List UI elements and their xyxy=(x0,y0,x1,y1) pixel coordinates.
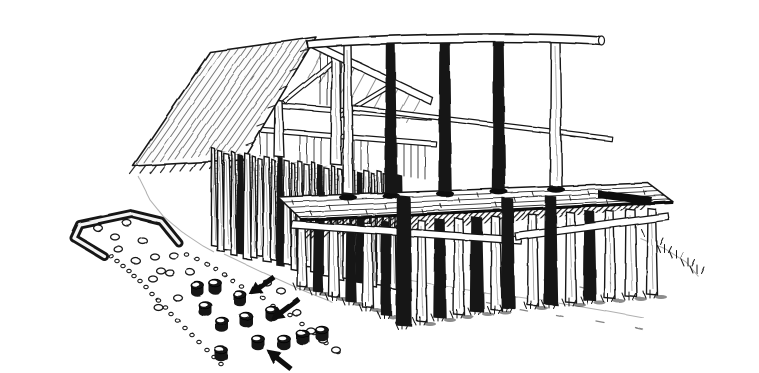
stakehole xyxy=(185,253,189,256)
stakehole xyxy=(138,279,142,282)
stakehole xyxy=(231,279,235,282)
stakehole xyxy=(169,312,173,315)
stakehole xyxy=(144,285,148,288)
stakehole xyxy=(288,313,292,316)
support-post xyxy=(471,217,484,312)
stakehole xyxy=(121,264,125,267)
ridge-post xyxy=(493,41,505,189)
stakehole xyxy=(240,285,244,288)
stakehole xyxy=(214,267,218,270)
stakehole xyxy=(300,322,304,325)
stakehole xyxy=(163,305,167,308)
foreground-post xyxy=(545,196,558,305)
stakehole xyxy=(176,319,180,322)
stakehole xyxy=(156,298,160,301)
foreground-post xyxy=(502,198,515,308)
illustration-canvas: Reconstruction drawing: pile-dwelling lo… xyxy=(0,0,759,373)
stakehole xyxy=(109,254,113,257)
beam-end-grain xyxy=(599,37,605,46)
stakehole xyxy=(190,333,194,336)
stakehole xyxy=(127,269,131,272)
ridge-post xyxy=(439,42,451,191)
stakehole xyxy=(223,273,227,276)
stakehole xyxy=(132,274,136,277)
support-post xyxy=(346,223,356,302)
support-post xyxy=(314,225,323,292)
stakehole xyxy=(115,259,119,262)
stakehole xyxy=(205,348,209,351)
support-post xyxy=(381,222,391,315)
ridge-post xyxy=(386,43,397,193)
stakehole xyxy=(261,296,265,299)
stakehole xyxy=(219,362,223,365)
stakehole xyxy=(195,257,199,260)
foreground-post xyxy=(397,196,412,326)
stakehole xyxy=(197,340,201,343)
stakehole xyxy=(183,326,187,329)
stakehole xyxy=(205,262,209,265)
stakehole xyxy=(150,292,154,295)
reconstruction-illustration: Reconstruction drawing: pile-dwelling lo… xyxy=(0,0,759,373)
